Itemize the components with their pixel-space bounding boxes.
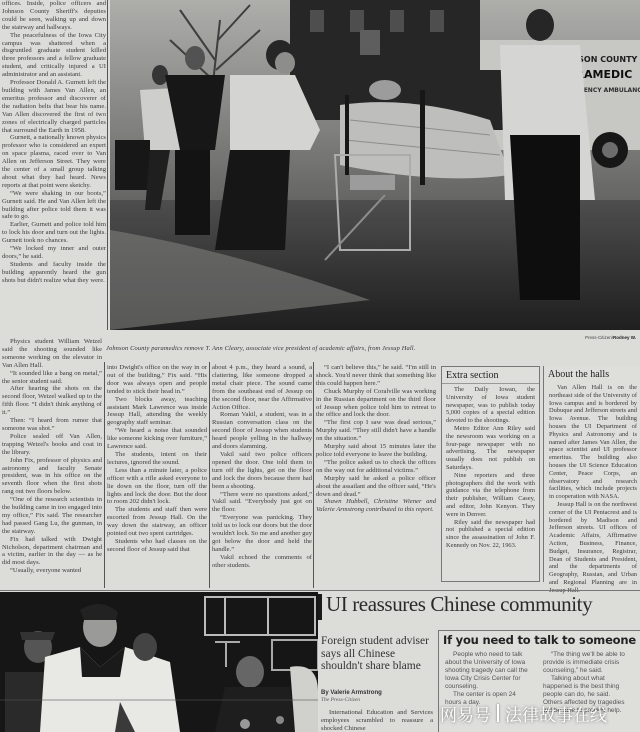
about-the-halls-title: About the halls (544, 366, 640, 382)
paragraph: Jessup Hall is on the northwest corner o… (549, 501, 637, 595)
article-column-top-left: offices. Inside, police officers and Joh… (2, 0, 106, 330)
extra-section-body: The Daily Iowan, the University of Iowa … (442, 386, 539, 550)
paragraph: “I can't believe this,” he said. “I'm st… (316, 364, 436, 388)
watermark-channel: 法律故事在线 (505, 701, 607, 726)
watermark-brand: 网易号 (440, 701, 491, 726)
article-column-4: “I can't believe this,” he said. “I'm st… (316, 364, 436, 589)
section-divider (0, 590, 640, 591)
paragraph: “One of the research scientists in the b… (2, 496, 102, 536)
paragraph: International Education and Services emp… (321, 709, 433, 732)
paragraph: Students and faculty inside the building… (2, 261, 106, 285)
paragraph: Nine reporters and three photographers d… (446, 472, 535, 519)
headline: UI reassures Chinese community (326, 592, 592, 617)
paragraph: Vakil echoed the comments of other stude… (212, 554, 312, 570)
watermark-separator (497, 704, 499, 722)
paragraph: Fix had talked with Dwight Nicholson, de… (2, 536, 102, 568)
paragraph: into Dwight's office on the way in or ou… (107, 364, 207, 396)
paragraph: Van Allen Hall is on the northeast side … (549, 384, 637, 501)
subheadline: Foreign student adviser says all Chinese… (321, 635, 433, 673)
headline-accent-bar (318, 594, 322, 620)
paragraph: Roman Vakil, a student, was in a Russian… (212, 411, 312, 451)
paragraph: Riley said the newspaper had not publish… (446, 519, 535, 550)
bottom-news-photo (0, 592, 318, 732)
paragraph: The Daily Iowan, the University of Iowa … (446, 386, 535, 425)
extra-section-box: Extra section The Daily Iowan, the Unive… (441, 366, 540, 582)
paragraph: “We heard a noise that sounded like some… (107, 427, 207, 451)
paramedics-stretcher-photo: JOHNSON COUNTY PARAMEDIC EMERGENCY AMBUL… (110, 0, 640, 330)
article-column-1: Physics student William Wetzel said the … (2, 338, 102, 588)
paragraph: Two blocks away, teaching assistant Mark… (107, 396, 207, 428)
paragraph: Murphy said he asked a police officer ab… (316, 475, 436, 499)
paragraph: The students and staff then were escorte… (107, 506, 207, 538)
byline: By Valerie Armstrong (321, 690, 433, 696)
main-news-photo: JOHNSON COUNTY PARAMEDIC EMERGENCY AMBUL… (110, 0, 640, 330)
paragraph: The peacefulness of the Iowa City campus… (2, 32, 106, 79)
column-divider (209, 362, 210, 588)
paragraph: “It sounded like a bang on metal,” the s… (2, 370, 102, 386)
paragraph: Physics student William Wetzel said the … (2, 338, 102, 370)
paragraph: offices. Inside, police officers and Joh… (2, 0, 106, 32)
contributors-credit: Shawn Hubbell, Christine Wiener and Vale… (316, 498, 436, 514)
paragraph: Students who had classes on the second f… (107, 538, 207, 554)
article-column-2: into Dwight's office on the way in or ou… (107, 364, 207, 589)
photo-caption: Johnson County paramedics remove T. Ann … (106, 345, 536, 352)
about-the-halls-body: Van Allen Hall is on the northeast side … (544, 384, 640, 595)
counseling-box-title: If you need to talk to someone (439, 631, 640, 649)
paragraph: “Usually, everyone wanted (2, 567, 102, 575)
paragraph: Metro Editor Ann Riley said the newsroom… (446, 425, 535, 472)
paragraph: Police sealed off Van Allen, trapping We… (2, 433, 102, 457)
paragraph: After hearing the shots on the second fl… (2, 385, 102, 417)
column-divider (104, 362, 105, 588)
paragraph: Murphy said about 15 minutes later the p… (316, 443, 436, 459)
suspect-escorted-photo (0, 592, 318, 732)
paragraph: John Fix, professor of physics and astro… (2, 457, 102, 497)
paragraph: The students, intent on their lectures, … (107, 451, 207, 467)
paragraph: about 4 p.m., they heard a sound, a clat… (212, 364, 312, 411)
paragraph: Gurnett, a nationally known physics prof… (2, 134, 106, 189)
column-divider (313, 362, 314, 588)
photo-credit-prefix: Press-Citizen/ (585, 335, 613, 340)
column-divider (107, 0, 108, 330)
paragraph: “We locked my inner and outer doors,” he… (2, 245, 106, 261)
source-watermark: 网易号 法律故事在线 (440, 700, 607, 726)
article-column-3: about 4 p.m., they heard a sound, a clat… (212, 364, 312, 589)
about-the-halls-box: About the halls Van Allen Hall is on the… (543, 366, 640, 582)
paragraph: “We were shaking in our boots,” Gurnett … (2, 190, 106, 222)
paragraph: “The thing we'll be able to provide is i… (543, 651, 631, 675)
paragraph: “There were no questions asked,” Vakil s… (212, 491, 312, 515)
paragraph: Earlier, Gurnett and police told him to … (2, 221, 106, 245)
extra-section-title: Extra section (442, 367, 539, 384)
paragraph: “Everyone was panicking. They told us to… (212, 514, 312, 554)
article-lede: International Education and Services emp… (321, 709, 433, 732)
paragraph: People who need to talk about the Univer… (445, 651, 533, 691)
paragraph: “The first cop I saw was dead serious,” … (316, 419, 436, 443)
photo-credit: Press-Citizen/Rodney W. (585, 335, 636, 340)
paragraph: “The police asked us to check the office… (316, 459, 436, 475)
paragraph: Less than a minute later, a police offic… (107, 467, 207, 507)
paragraph: Vakil said two police officers opened th… (212, 451, 312, 491)
paragraph: Professor Donald A. Gurnett left the bui… (2, 79, 106, 134)
paragraph: Then: “I heard from rumor that someone w… (2, 417, 102, 433)
newspaper-page: offices. Inside, police officers and Joh… (0, 0, 640, 732)
photo-credit-name: Rodney W. (613, 335, 636, 340)
byline-organization: The Press-Citizen (321, 697, 433, 703)
paragraph: Chuck Murphy of Coralville was working i… (316, 388, 436, 420)
